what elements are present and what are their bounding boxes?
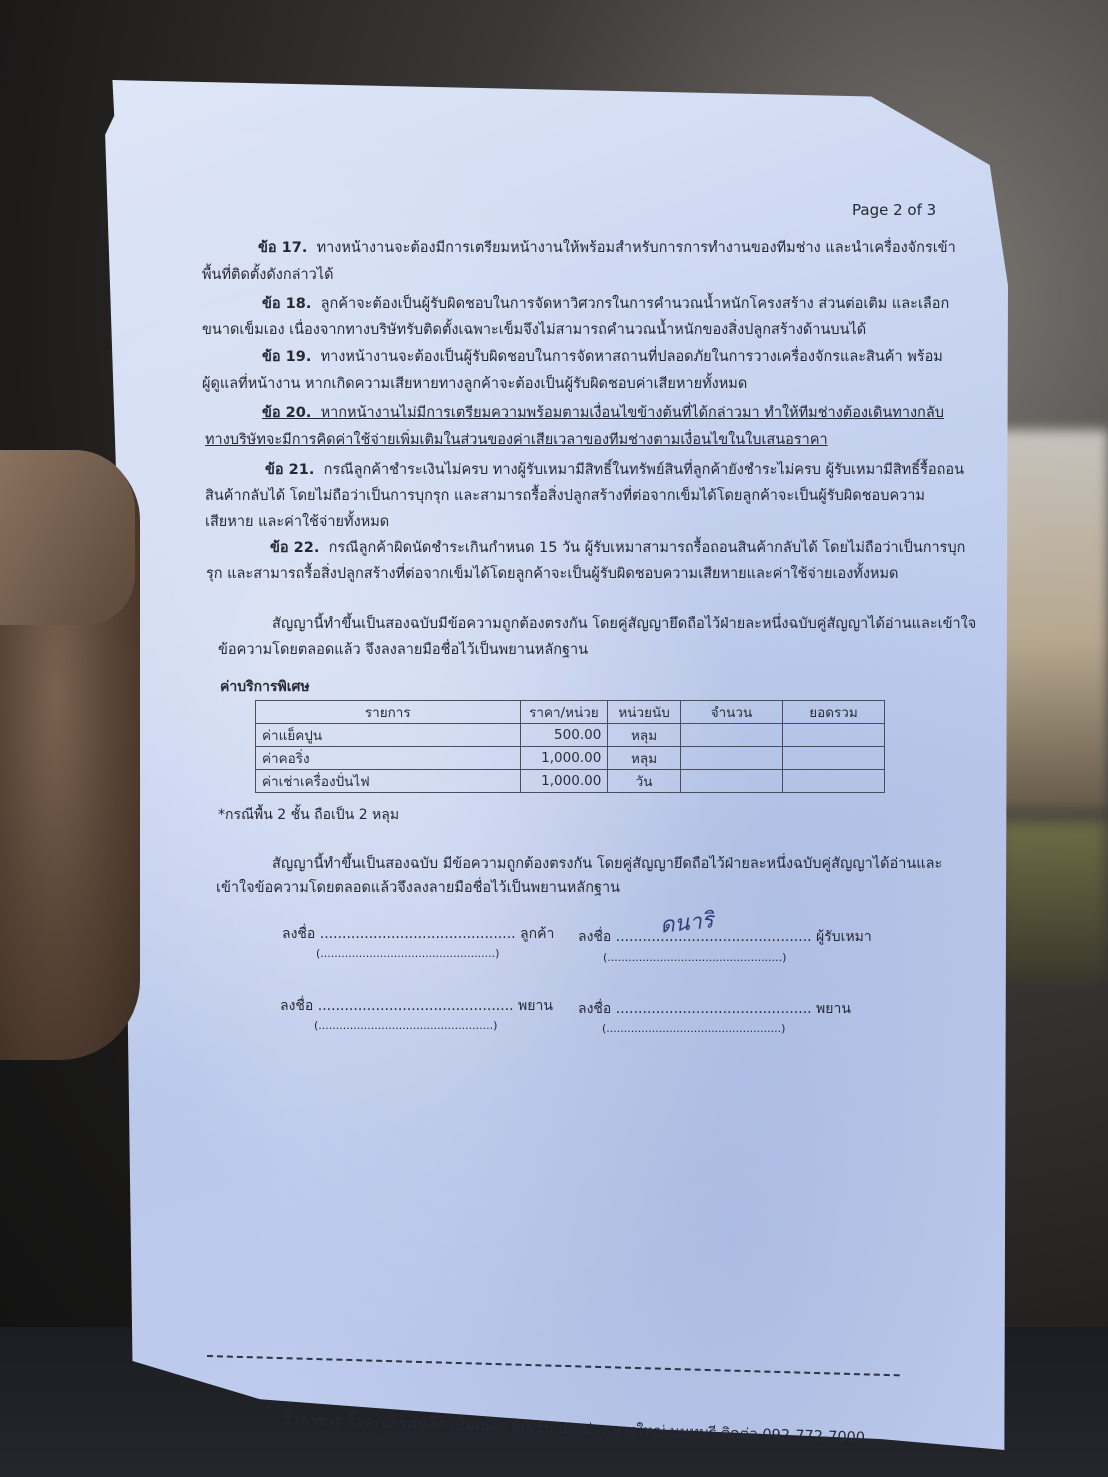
services-title: ค่าบริการพิเศษ (220, 676, 310, 698)
signature-witness-2-name: (.......................................… (602, 1022, 785, 1035)
clause-22-cont: รุก และสามารถรื้อสิ่งปลูกสร้างที่ต่อจากเ… (206, 562, 898, 585)
table-row: ค่าคอริ่ง 1,000.00 หลุม (256, 747, 885, 770)
thumb (0, 450, 135, 625)
agreement-text-2-cont: เข้าใจข้อความโดยตลอดแล้วจึงลงลายมือชื่อไ… (216, 876, 620, 899)
signature-contractor: ลงชื่อ .................................… (578, 926, 872, 948)
agreement-text-2: สัญญานี้ทำขึ้นเป็นสองฉบับ มีข้อความถูกต้… (272, 852, 942, 875)
clause-19: ข้อ 19. ทางหน้างานจะต้องเป็นผู้รับผิดชอบ… (262, 345, 943, 368)
signature-customer-name: (.......................................… (316, 947, 499, 960)
agreement-text-1-cont: ข้อความโดยตลอดแล้ว จึงลงลายมือชื่อไว้เป็… (218, 638, 588, 661)
col-header-quantity: จำนวน (680, 701, 782, 724)
clause-22: ข้อ 22. กรณีลูกค้าผิดนัดชำระเกินกำหนด 15… (270, 536, 965, 559)
col-header-total: ยอดรวม (783, 701, 885, 724)
clause-17: ข้อ 17. ทางหน้างานจะต้องมีการเตรียมหน้าง… (258, 236, 956, 259)
clause-21-cont2: เสียหาย และค่าใช้จ่ายทั้งหมด (205, 510, 389, 533)
table-row: ค่าเช่าเครื่องปั่นไฟ 1,000.00 วัน (256, 770, 885, 793)
services-note: *กรณีพื้น 2 ชั้น ถือเป็น 2 หลุม (218, 804, 399, 826)
clause-20: ข้อ 20. หากหน้างานไม่มีการเตรียมความพร้อ… (262, 401, 944, 424)
clause-20-cont: ทางบริษัทจะมีการคิดค่าใช้จ่ายเพิ่มเติมใน… (205, 428, 828, 451)
clause-18-cont: ขนาดเข็มเอง เนื่องจากทางบริษัทรับติดตั้ง… (202, 318, 866, 341)
col-header-item: รายการ (256, 701, 521, 724)
contractor-handwritten-signature: ดนาริ (658, 902, 715, 942)
col-header-unit: หน่วยนับ (608, 701, 681, 724)
table-header-row: รายการ ราคา/หน่วย หน่วยนับ จำนวน ยอดรวม (256, 701, 885, 724)
signature-witness-1: ลงชื่อ .................................… (280, 995, 553, 1017)
clause-18: ข้อ 18. ลูกค้าจะต้องเป็นผู้รับผิดชอบในกา… (262, 292, 949, 315)
footer-contact: รั้วตาข่าย รั้วตะแกรงเหล็ก เข็มเหล็ก 60/… (283, 1408, 866, 1449)
clause-19-cont: ผู้ดูแลที่หน้างาน หากเกิดความเสียหายทางล… (202, 372, 747, 395)
table-row: ค่าแย็คปูน 500.00 หลุม (256, 724, 885, 747)
clause-17-cont: พื้นที่ติดตั้งดังกล่าวได้ (202, 263, 334, 286)
page-number: Page 2 of 3 (852, 201, 936, 219)
signature-contractor-name: (.......................................… (603, 951, 786, 964)
clause-21-cont: สินค้ากลับได้ โดยไม่ถือว่าเป็นการบุกรุก … (205, 484, 925, 507)
agreement-text-1: สัญญานี้ทำขึ้นเป็นสองฉบับมีข้อความถูกต้อ… (272, 612, 976, 635)
footer-divider (207, 1355, 900, 1376)
col-header-unit-price: ราคา/หน่วย (520, 701, 608, 724)
clause-21: ข้อ 21. กรณีลูกค้าชำระเงินไม่ครบ ทางผู้ร… (265, 458, 964, 481)
signature-customer: ลงชื่อ .................................… (282, 923, 554, 945)
signature-witness-2: ลงชื่อ .................................… (578, 998, 851, 1020)
document-content: Page 2 of 3 ข้อ 17. ทางหน้างานจะต้องมีกา… (0, 0, 1108, 1477)
services-table: รายการ ราคา/หน่วย หน่วยนับ จำนวน ยอดรวม … (255, 700, 885, 793)
signature-witness-1-name: (.......................................… (314, 1019, 497, 1032)
